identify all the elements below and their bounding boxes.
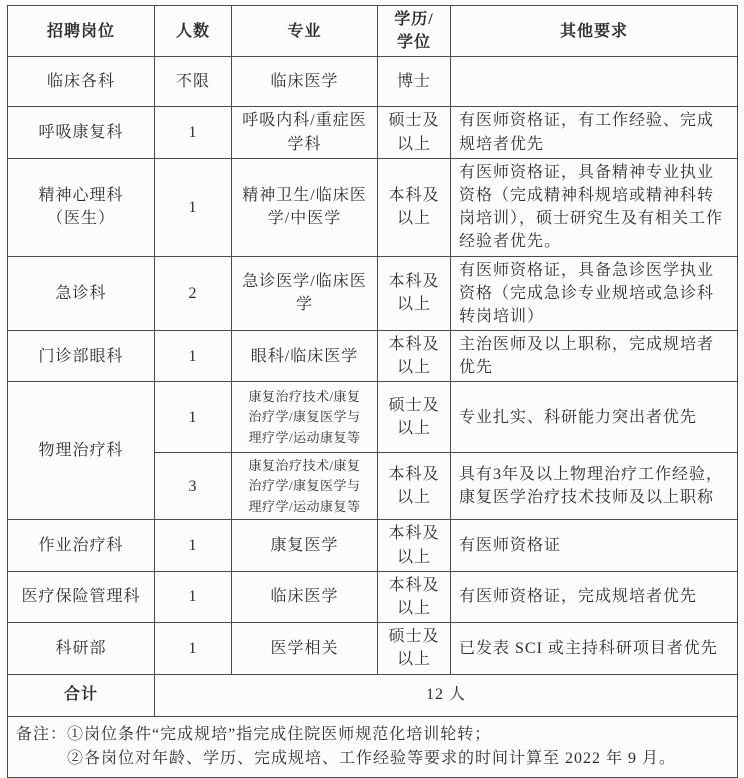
table-row: 科研部 1 医学相关 硕士及以上 已发表 SCI 或主持科研项目者优先 [8, 623, 738, 674]
cell-major: 眼科/临床医学 [232, 331, 378, 382]
header-degree: 学历/ 学位 [378, 6, 451, 57]
cell-position: 作业治疗科 [8, 520, 155, 571]
cell-requirements: 主治医师及以上职称，完成规培者优先 [451, 331, 738, 382]
note-line-2: ②各岗位对年龄、学历、完成规培、工作经验等要求的时间计算至 2022 年 9 月… [16, 747, 727, 770]
header-count: 人数 [155, 6, 232, 57]
cell-major: 康复医学 [232, 520, 378, 571]
cell-position: 门诊部眼科 [8, 331, 155, 382]
cell-major: 康复治疗技术/康复治疗学/康复医学与理疗学/运动康复等 [232, 382, 378, 453]
cell-requirements: 有医师资格证 [451, 520, 738, 571]
cell-requirements [451, 57, 738, 107]
table-row: 门诊部眼科 1 眼科/临床医学 本科及以上 主治医师及以上职称，完成规培者优先 [8, 331, 738, 382]
cell-major: 医学相关 [232, 623, 378, 674]
cell-degree: 本科及以上 [378, 453, 451, 520]
header-row: 招聘岗位 人数 专业 学历/ 学位 其他要求 [8, 6, 738, 57]
cell-major: 临床医学 [232, 571, 378, 622]
cell-count: 1 [155, 158, 232, 256]
cell-requirements: 有医师资格证，具备急诊医学执业资格（完成急诊专业规培或急诊科转岗培训） [451, 256, 738, 331]
header-requirements: 其他要求 [451, 6, 738, 57]
cell-requirements: 有医师资格证，完成规培者优先 [451, 571, 738, 622]
table-row: 物理治疗科 1 康复治疗技术/康复治疗学/康复医学与理疗学/运动康复等 硕士及以… [8, 382, 738, 453]
cell-count: 1 [155, 571, 232, 622]
cell-major: 康复治疗技术/康复治疗学/康复医学与理疗学/运动康复等 [232, 453, 378, 520]
table-row: 临床各科 不限 临床医学 博士 [8, 57, 738, 107]
cell-requirements: 专业扎实、科研能力突出者优先 [451, 382, 738, 453]
cell-count: 1 [155, 331, 232, 382]
cell-requirements: 已发表 SCI 或主持科研项目者优先 [451, 623, 738, 674]
cell-major: 临床医学 [232, 57, 378, 107]
cell-degree: 本科及以上 [378, 571, 451, 622]
cell-count: 1 [155, 623, 232, 674]
table-row: 作业治疗科 1 康复医学 本科及以上 有医师资格证 [8, 520, 738, 571]
cell-position: 医疗保险管理科 [8, 571, 155, 622]
cell-requirements: 有医师资格证，有工作经验、完成规培者优先 [451, 107, 738, 158]
cell-position-merged: 物理治疗科 [8, 382, 155, 520]
page: 招聘岗位 人数 专业 学历/ 学位 其他要求 临床各科 不限 临床医学 博士 呼… [0, 0, 744, 771]
cell-degree: 本科及以上 [378, 158, 451, 256]
table-row: 呼吸康复科 1 呼吸内科/重症医学科 硕士及以上 有医师资格证，有工作经验、完成… [8, 107, 738, 158]
cell-degree: 本科及以上 [378, 520, 451, 571]
cell-requirements: 具有3年及以上物理治疗工作经验，康复医学治疗技术技师及以上职称 [451, 453, 738, 520]
cell-degree: 硕士及以上 [378, 107, 451, 158]
header-position: 招聘岗位 [8, 6, 155, 57]
total-value: 12 人 [155, 674, 738, 716]
notes-cell: 备注：①岗位条件“完成规培”指完成住院医师规范化培训轮转； ②各岗位对年龄、学历… [8, 716, 738, 777]
cell-position: 急诊科 [8, 256, 155, 331]
table-row: 医疗保险管理科 1 临床医学 本科及以上 有医师资格证，完成规培者优先 [8, 571, 738, 622]
cell-major: 呼吸内科/重症医学科 [232, 107, 378, 158]
note-text-1: ①岗位条件“完成规培”指完成住院医师规范化培训轮转； [67, 726, 491, 743]
cell-position: 临床各科 [8, 57, 155, 107]
table-row: 急诊科 2 急诊医学/临床医学 本科及以上 有医师资格证，具备急诊医学执业资格（… [8, 256, 738, 331]
cell-degree: 本科及以上 [378, 331, 451, 382]
cell-major: 精神卫生/临床医学/中医学 [232, 158, 378, 256]
notes-row: 备注：①岗位条件“完成规培”指完成住院医师规范化培训轮转； ②各岗位对年龄、学历… [8, 716, 738, 777]
cell-degree: 硕士及以上 [378, 382, 451, 453]
total-row: 合计 12 人 [8, 674, 738, 716]
cell-position: 科研部 [8, 623, 155, 674]
total-label: 合计 [8, 674, 155, 716]
notes-label: 备注： [16, 726, 67, 743]
cell-count: 1 [155, 520, 232, 571]
recruitment-table: 招聘岗位 人数 专业 学历/ 学位 其他要求 临床各科 不限 临床医学 博士 呼… [7, 5, 738, 778]
cell-degree: 本科及以上 [378, 256, 451, 331]
cell-count: 不限 [155, 57, 232, 107]
cell-count: 3 [155, 453, 232, 520]
header-major: 专业 [232, 6, 378, 57]
cell-count: 2 [155, 256, 232, 331]
cell-count: 1 [155, 107, 232, 158]
cell-degree: 硕士及以上 [378, 623, 451, 674]
cell-degree: 博士 [378, 57, 451, 107]
note-line-1: 备注：①岗位条件“完成规培”指完成住院医师规范化培训轮转； [16, 723, 727, 746]
cell-requirements: 有医师资格证，具备精神专业执业资格（完成精神科规培或精神科转岗培训），硕士研究生… [451, 158, 738, 256]
cell-position: 呼吸康复科 [8, 107, 155, 158]
cell-count: 1 [155, 382, 232, 453]
table-row: 精神心理科 （医生） 1 精神卫生/临床医学/中医学 本科及以上 有医师资格证，… [8, 158, 738, 256]
cell-position: 精神心理科 （医生） [8, 158, 155, 256]
cell-major: 急诊医学/临床医学 [232, 256, 378, 331]
